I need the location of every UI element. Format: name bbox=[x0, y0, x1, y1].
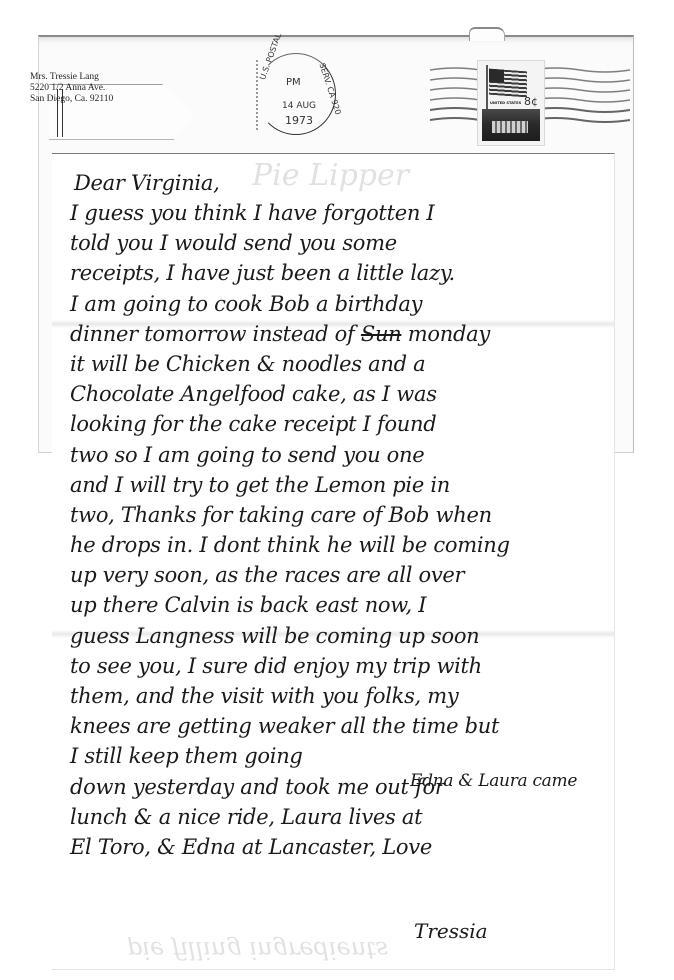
us-flag-icon bbox=[489, 69, 527, 98]
return-name: Mrs. Tressie Lang bbox=[30, 72, 113, 83]
letter-line: El Toro, & Edna at Lancaster, Love bbox=[70, 832, 610, 862]
letter-line: looking for the cake receipt I found bbox=[70, 409, 610, 439]
letter-insert: Edna & Laura came bbox=[410, 766, 577, 796]
letter-line: and I will try to get the Lemon pie in bbox=[70, 470, 610, 500]
letter-line: to see you, I sure did enjoy my trip wit… bbox=[70, 651, 610, 681]
bleed-through-text-bottom: pie filling ingredients bbox=[127, 936, 388, 964]
letter-line: two so I am going to send you one bbox=[70, 440, 610, 470]
letter-line: I am going to cook Bob a birthday bbox=[70, 289, 610, 319]
letter-line: dinner tomorrow instead of Sun monday bbox=[70, 319, 610, 349]
letter-line: knees are getting weaker all the time bu… bbox=[70, 711, 610, 741]
struck-word: Sun bbox=[361, 322, 402, 346]
salutation: Dear Virginia, bbox=[74, 168, 610, 198]
white-house-icon bbox=[482, 109, 540, 141]
letter-line: guess Langness will be coming up soon bbox=[70, 621, 610, 651]
letter-line: two, Thanks for taking care of Bob when bbox=[70, 500, 610, 530]
letter-line: them, and the visit with you folks, my bbox=[70, 681, 610, 711]
letter-line: lunch & a nice ride, Laura lives at bbox=[70, 802, 610, 832]
letter-page: Pie Lipper pie filling ingredients Dear … bbox=[52, 153, 615, 970]
letter-line: receipts, I have just been a little lazy… bbox=[70, 258, 610, 288]
letter-line: Chocolate Angelfood cake, as I was bbox=[70, 379, 610, 409]
return-address: Mrs. Tressie Lang 5220 1/2 Anna Ave. San… bbox=[30, 72, 113, 105]
letter-line: I guess you think I have forgotten I bbox=[70, 198, 610, 228]
postmark-year: 1973 bbox=[285, 114, 313, 127]
stamp-country: UNITED STATES bbox=[490, 101, 521, 105]
letter-line: up very soon, as the races are all over bbox=[70, 560, 610, 590]
postmark-date: 14 AUG bbox=[282, 101, 316, 111]
letter-line: it will be Chicken & noodles and a bbox=[70, 349, 610, 379]
postmark-time: PM bbox=[286, 77, 301, 88]
letter-body: Dear Virginia, I guess you think I have … bbox=[70, 168, 610, 862]
stamp-denomination: 8¢ bbox=[524, 95, 538, 108]
return-city: San Diego, Ca. 92110 bbox=[30, 94, 113, 105]
letter-line: up there Calvin is back east now, I bbox=[70, 590, 610, 620]
return-street: 5220 1/2 Anna Ave. bbox=[30, 83, 113, 94]
envelope-flap-fold bbox=[469, 27, 505, 41]
postage-stamp: UNITED STATES 8¢ bbox=[477, 60, 545, 146]
letter-line: told you I would send you some bbox=[70, 228, 610, 258]
letter-line: he drops in. I dont think he will be com… bbox=[70, 530, 610, 560]
signature: Tressia bbox=[414, 919, 488, 943]
